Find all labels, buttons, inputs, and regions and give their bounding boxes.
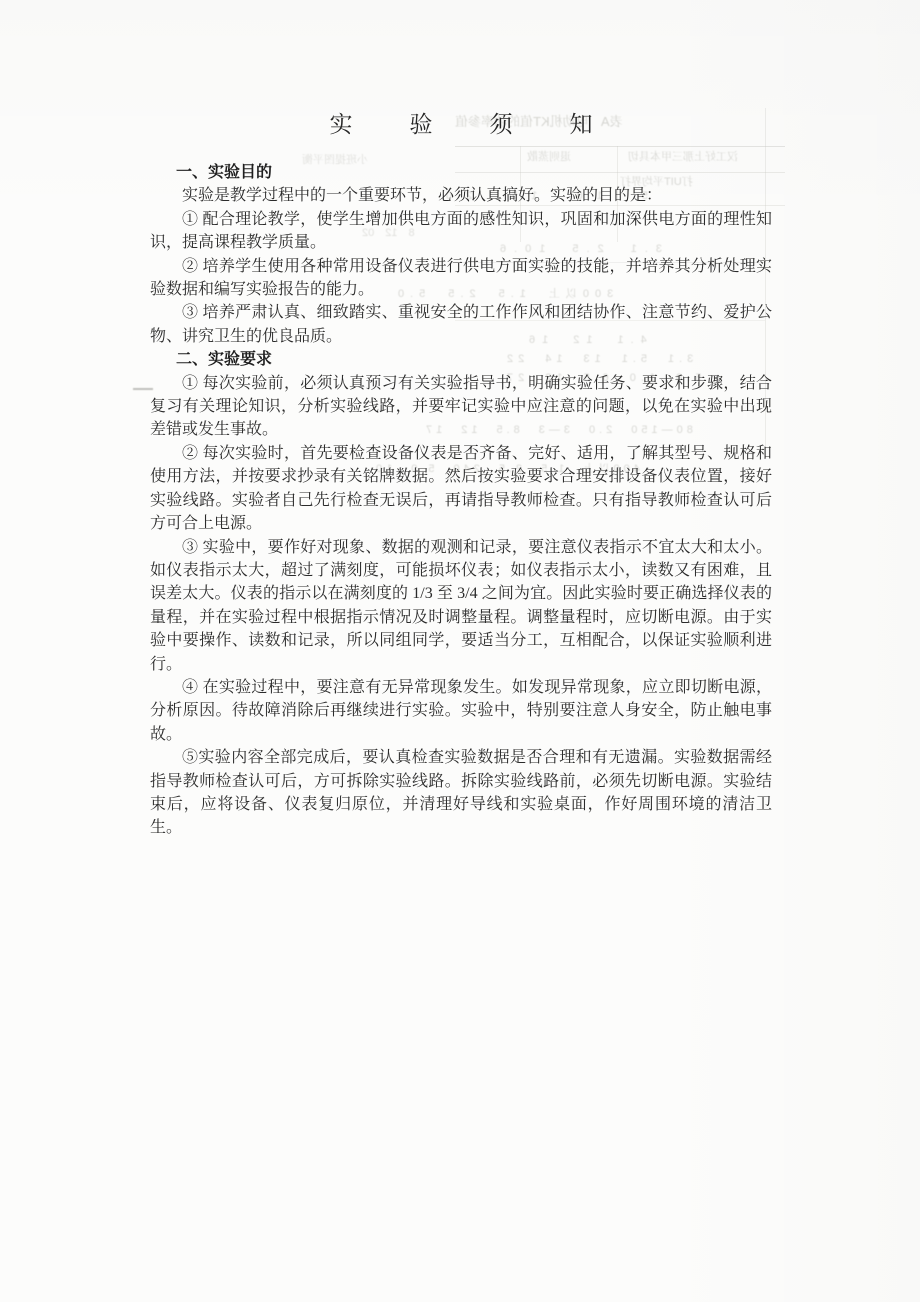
section-heading-purpose: 一、实验目的 [176, 161, 772, 184]
paragraph: ① 每次实验前，必须认真预习有关实验指导书，明确实验任务、要求和步骤，结合复习有… [150, 372, 772, 442]
paragraph: ③ 实验中，要作好对现象、数据的观测和记录，要注意仪表指示不宜太大和太小。如仪表… [150, 536, 772, 676]
section-heading-requirements: 二、实验要求 [176, 348, 772, 371]
paragraph: ③ 培养严肃认真、细致踏实、重视安全的工作作风和团结协作、注意节约、爱护公物、讲… [150, 301, 772, 348]
paragraph: ② 培养学生使用各种常用设备仪表进行供电方面实验的技能，并培养其分析处理实验数据… [150, 255, 772, 302]
bleed-through-line [455, 146, 785, 147]
paragraph: ⑤实验内容全部完成后，要认真检查实验数据是否合理和有无遗漏。实验数据需经指导教师… [150, 746, 772, 840]
scanned-document-page: 表A 电动机KT值的功率参值 退则蒸散 汉工好上那三甲本具切 打UIT平均界打 … [0, 0, 920, 1302]
paragraph: 实验是教学过程中的一个重要环节，必须认真搞好。实验的目的是： [150, 184, 772, 207]
paragraph: ① 配合理论教学，使学生增加供电方面的感性知识，巩固和加深供电方面的理性知识，提… [150, 208, 772, 255]
page-body: 一、实验目的 实验是教学过程中的一个重要环节，必须认真搞好。实验的目的是： ① … [150, 161, 772, 840]
paragraph: ④ 在实验过程中，要注意有无异常现象发生。如发现异常现象，应立即切断电源，分析原… [150, 676, 772, 746]
page-title: 实 验 须 知 [150, 110, 772, 140]
paragraph: ② 每次实验时，首先要检查设备仪表是否齐备、完好、适用，了解其型号、规格和使用方… [150, 442, 772, 536]
